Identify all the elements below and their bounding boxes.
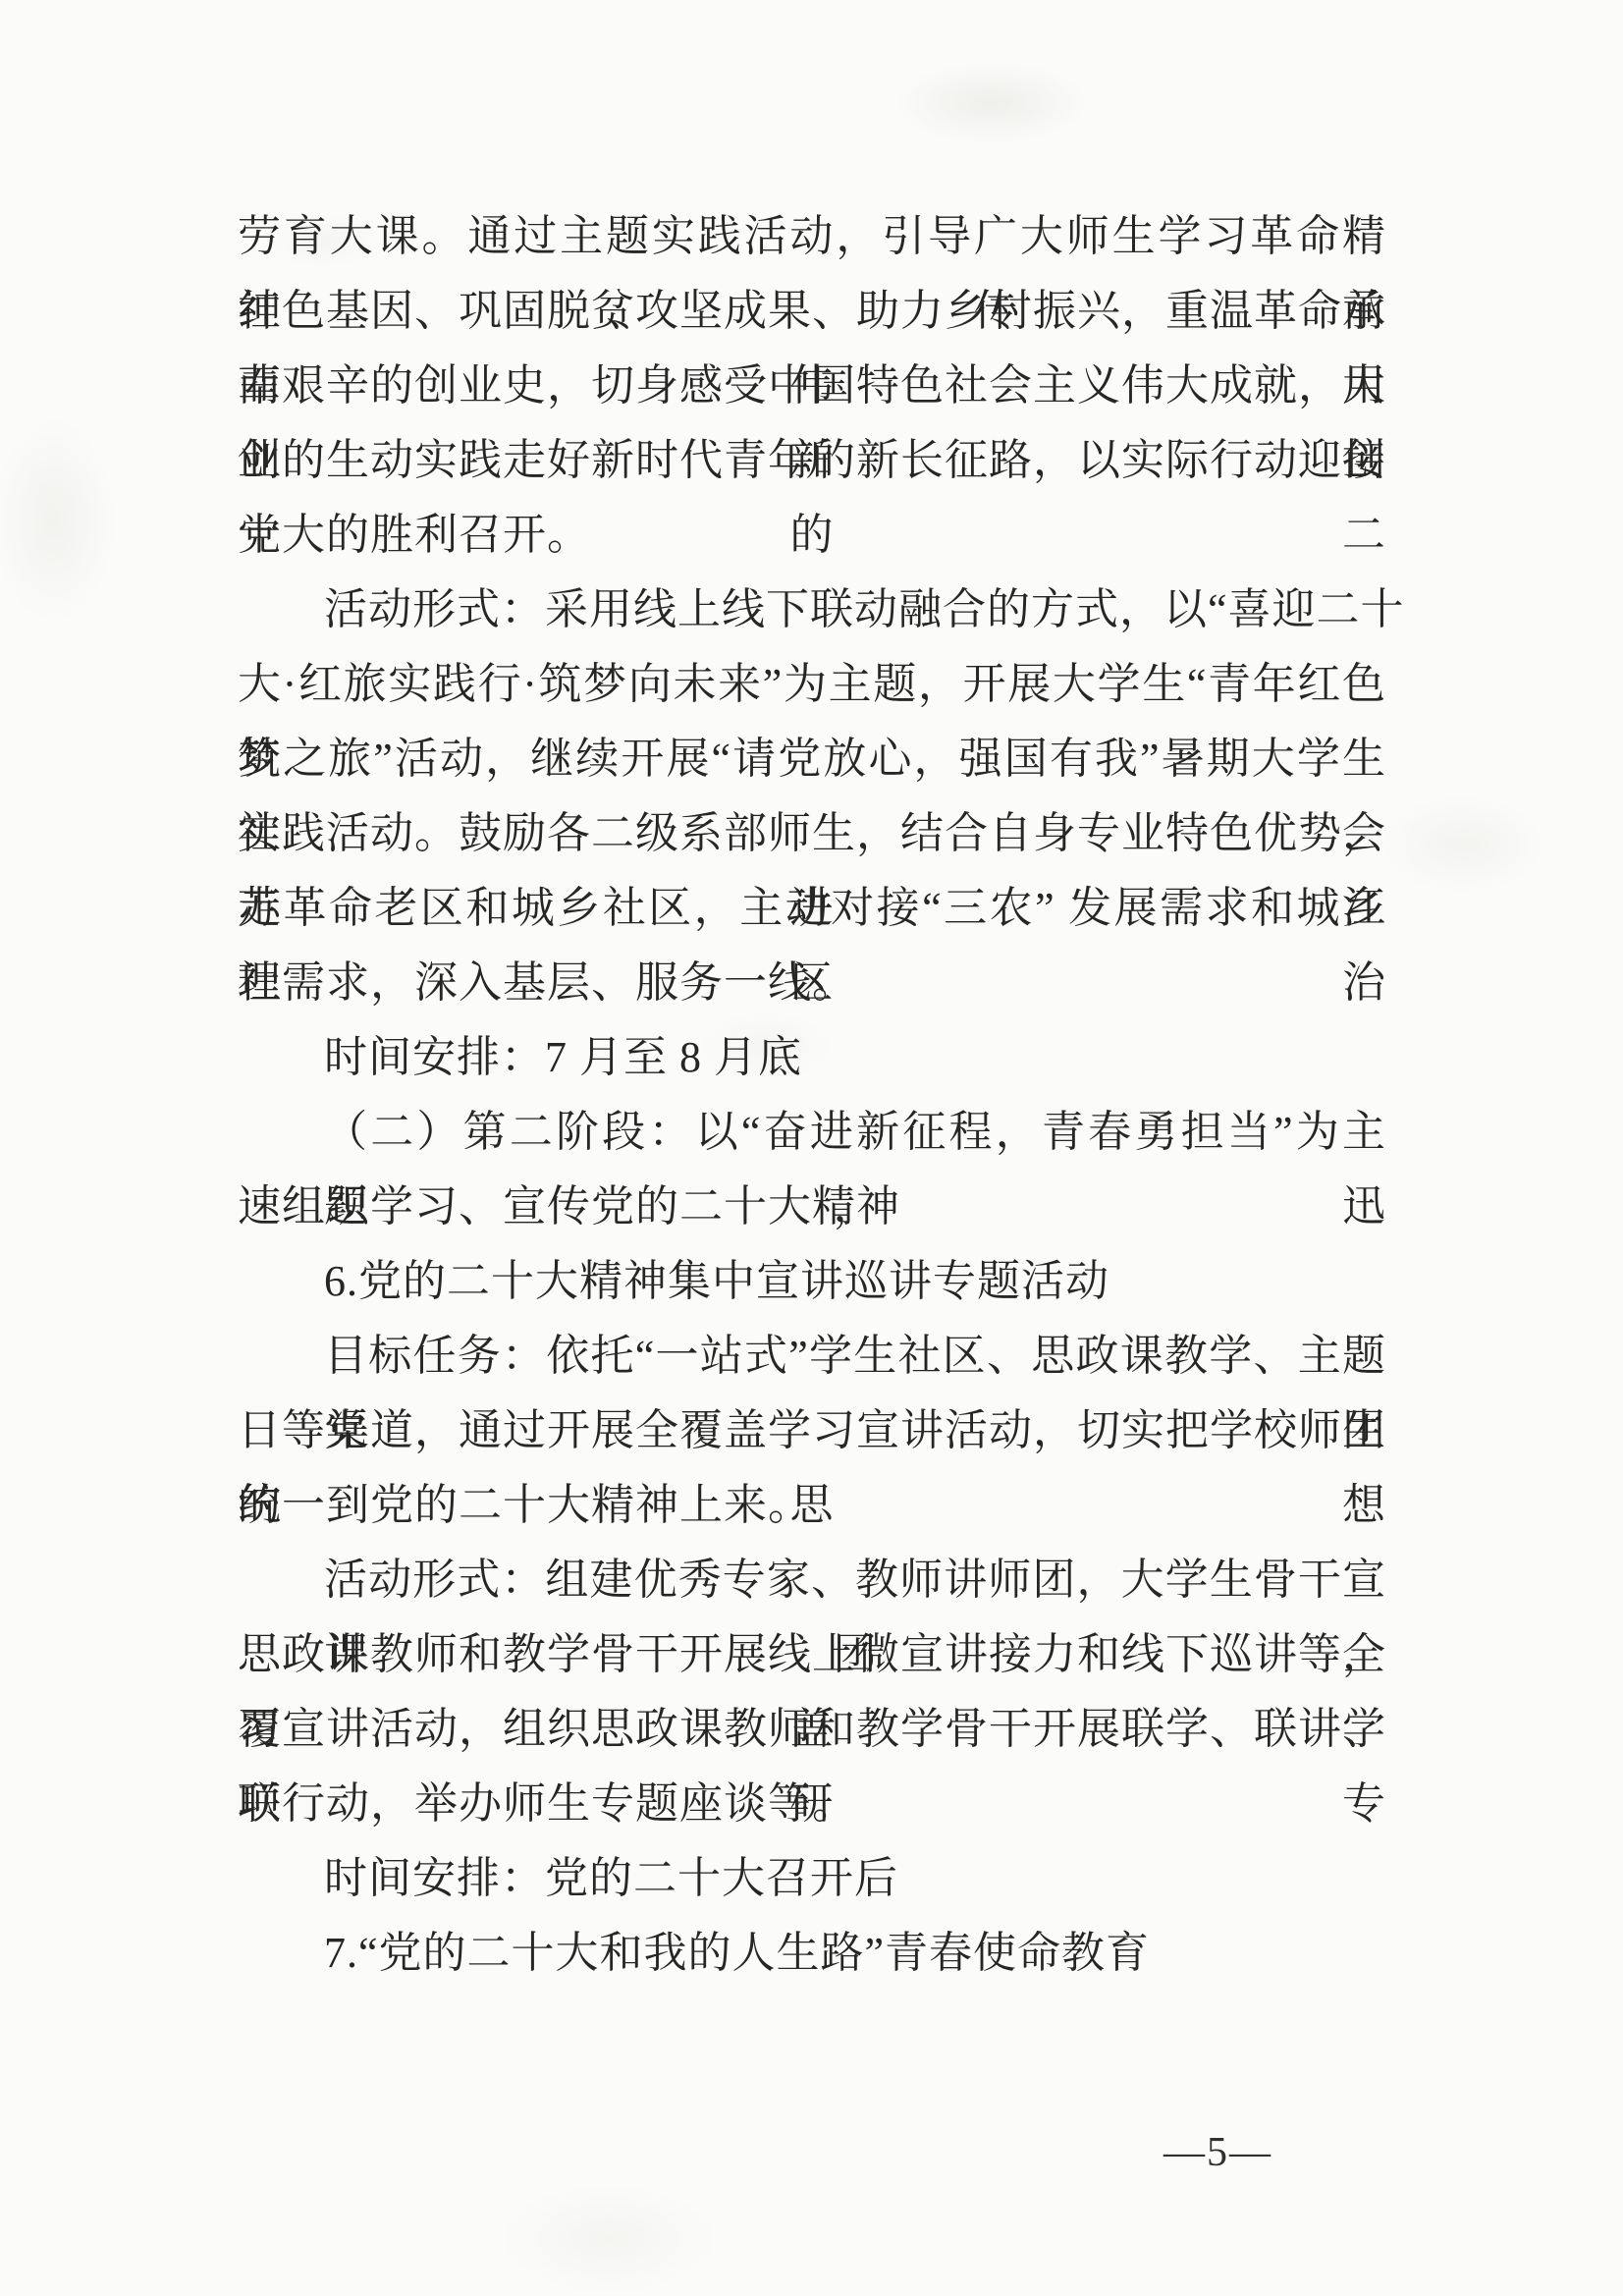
text-line: 时间安排：党的二十大召开后 (238, 1841, 1386, 1916)
text-line: 梦之旅”活动，继续开展“请党放心，强国有我”暑期大学生社会 (238, 722, 1386, 796)
text-line: 活动形式：采用线上线下联动融合的方式，以“喜迎二十 (238, 573, 1386, 647)
text-line: 实践活动。鼓励各二级系部师生，结合自身专业特色优势，走进江 (238, 796, 1386, 871)
text-line: 目标任务：依托“一站式”学生社区、思政课教学、主题党团 (238, 1319, 1386, 1394)
text-line: 业的生动实践走好新时代青年的新长征路，以实际行动迎接党的二 (238, 423, 1386, 498)
text-line: 劳育大课。通过主题实践活动，引导广大师生学习革命精神、传承 (238, 199, 1386, 274)
text-line: 7.“党的二十大和我的人生路”青春使命教育 (238, 1916, 1386, 1991)
text-line: 大·红旅实践行·筑梦向未来”为主题，开展大学生“青年红色筑 (238, 647, 1386, 722)
text-line: （二）第二阶段：以“奋进新征程，青春勇担当”为主题，迅 (238, 1095, 1386, 1170)
page-number: —5— (1163, 2129, 1272, 2176)
text-line: 苏革命老区和城乡社区，主动对接“三农” 发展需求和城乡社区治 (238, 871, 1386, 946)
text-line: 习宣讲活动，组织思政课教师和教学骨干开展联学、联讲、联研专 (238, 1692, 1386, 1767)
text-line: 红色基因、巩固脱贫攻坚成果、助力乡村振兴，重温革命前辈伟大 (238, 274, 1386, 349)
text-line: 6.党的二十大精神集中宣讲巡讲专题活动 (238, 1244, 1386, 1319)
text-line: 日等渠道，通过开展全覆盖学习宣讲活动，切实把学校师生的思想 (238, 1394, 1386, 1468)
document-body: 劳育大课。通过主题实践活动，引导广大师生学习革命精神、传承 红色基因、巩固脱贫攻… (238, 199, 1386, 1991)
text-line: 而艰辛的创业史，切身感受中国特色社会主义伟大成就，用创新创 (238, 349, 1386, 423)
text-line: 时间安排：7 月至 8 月底 (238, 1020, 1386, 1095)
text-line: 活动形式：组建优秀专家、教师讲师团，大学生骨干宣讲团， (238, 1543, 1386, 1617)
text-line: 思政课教师和教学骨干开展线上微宣讲接力和线下巡讲等全覆盖学 (238, 1617, 1386, 1692)
